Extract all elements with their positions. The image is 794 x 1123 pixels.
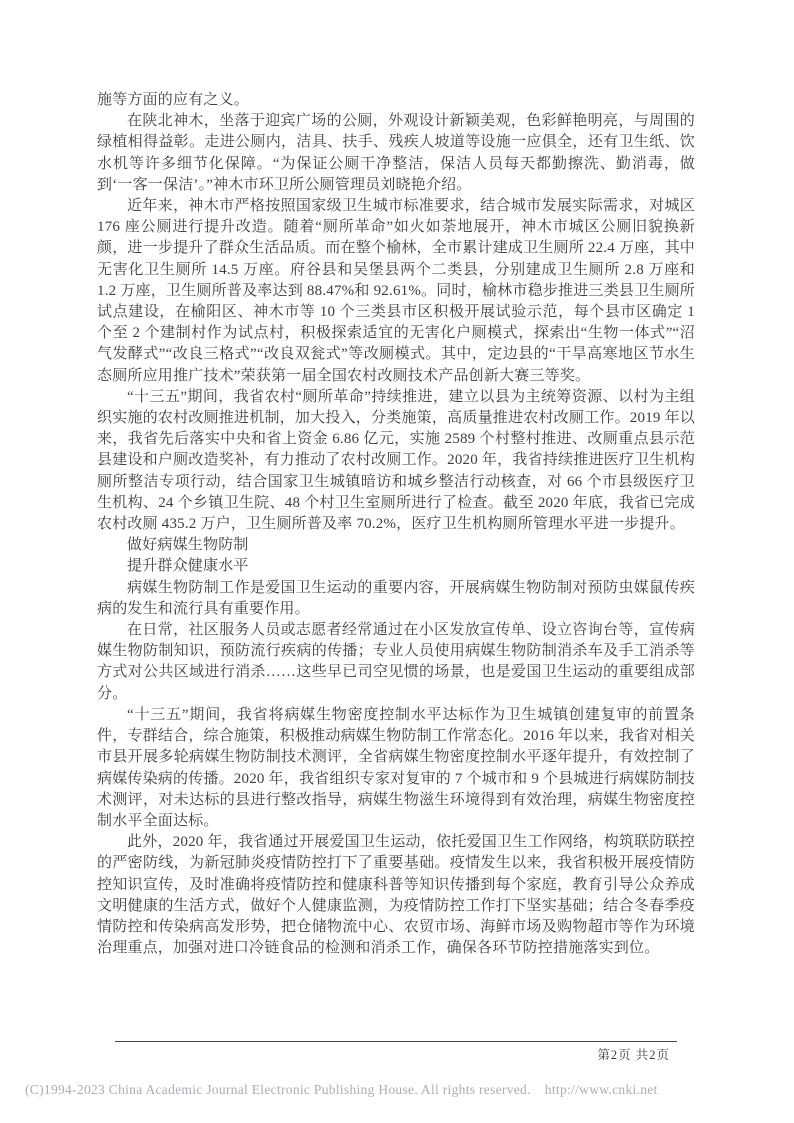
paragraph: 在陕北神木，坐落于迎宾广场的公厕，外观设计新颖美观，色彩鲜艳明亮，与周围的绿植相… (97, 111, 695, 196)
page-number: 第2页 共2页 (115, 1045, 670, 1063)
section-heading-line-1: 做好病媒生物防制 (97, 535, 695, 556)
paragraph: 近年来，神木市严格按照国家级卫生城市标准要求，结合城市发展实际需求，对城区 17… (97, 196, 695, 387)
paragraph: 病媒生物防制工作是爱国卫生运动的重要内容，开展病媒生物防制对预防虫媒鼠传疾病的发… (97, 578, 695, 620)
paragraph: “十三五”期间，我省农村“厕所革命”持续推进，建立以县为主统筹资源、以村为主组织… (97, 387, 695, 535)
paragraph: 施等方面的应有之义。 (97, 90, 695, 111)
document-page: 施等方面的应有之义。 在陕北神木，坐落于迎宾广场的公厕，外观设计新颖美观，色彩鲜… (0, 0, 794, 1123)
copyright-notice: (C)1994-2023 China Academic Journal Elec… (25, 1082, 658, 1098)
copyright-text: (C)1994-2023 China Academic Journal Elec… (25, 1082, 531, 1097)
paragraph: 此外，2020 年，我省通过开展爱国卫生运动，依托爱国卫生工作网络，构筑联防联控… (97, 832, 695, 959)
article-body: 施等方面的应有之义。 在陕北神木，坐落于迎宾广场的公厕，外观设计新颖美观，色彩鲜… (97, 90, 695, 959)
paragraph: “十三五”期间，我省将病媒生物密度控制水平达标作为卫生城镇创建复审的前置条件，专… (97, 705, 695, 832)
cnki-url: http://www.cnki.net (545, 1082, 658, 1097)
section-heading-line-2: 提升群众健康水平 (97, 556, 695, 577)
footer-divider (115, 1041, 677, 1042)
paragraph: 在日常，社区服务人员或志愿者经常通过在小区发放宣传单、设立咨询台等，宣传病媒生物… (97, 620, 695, 705)
